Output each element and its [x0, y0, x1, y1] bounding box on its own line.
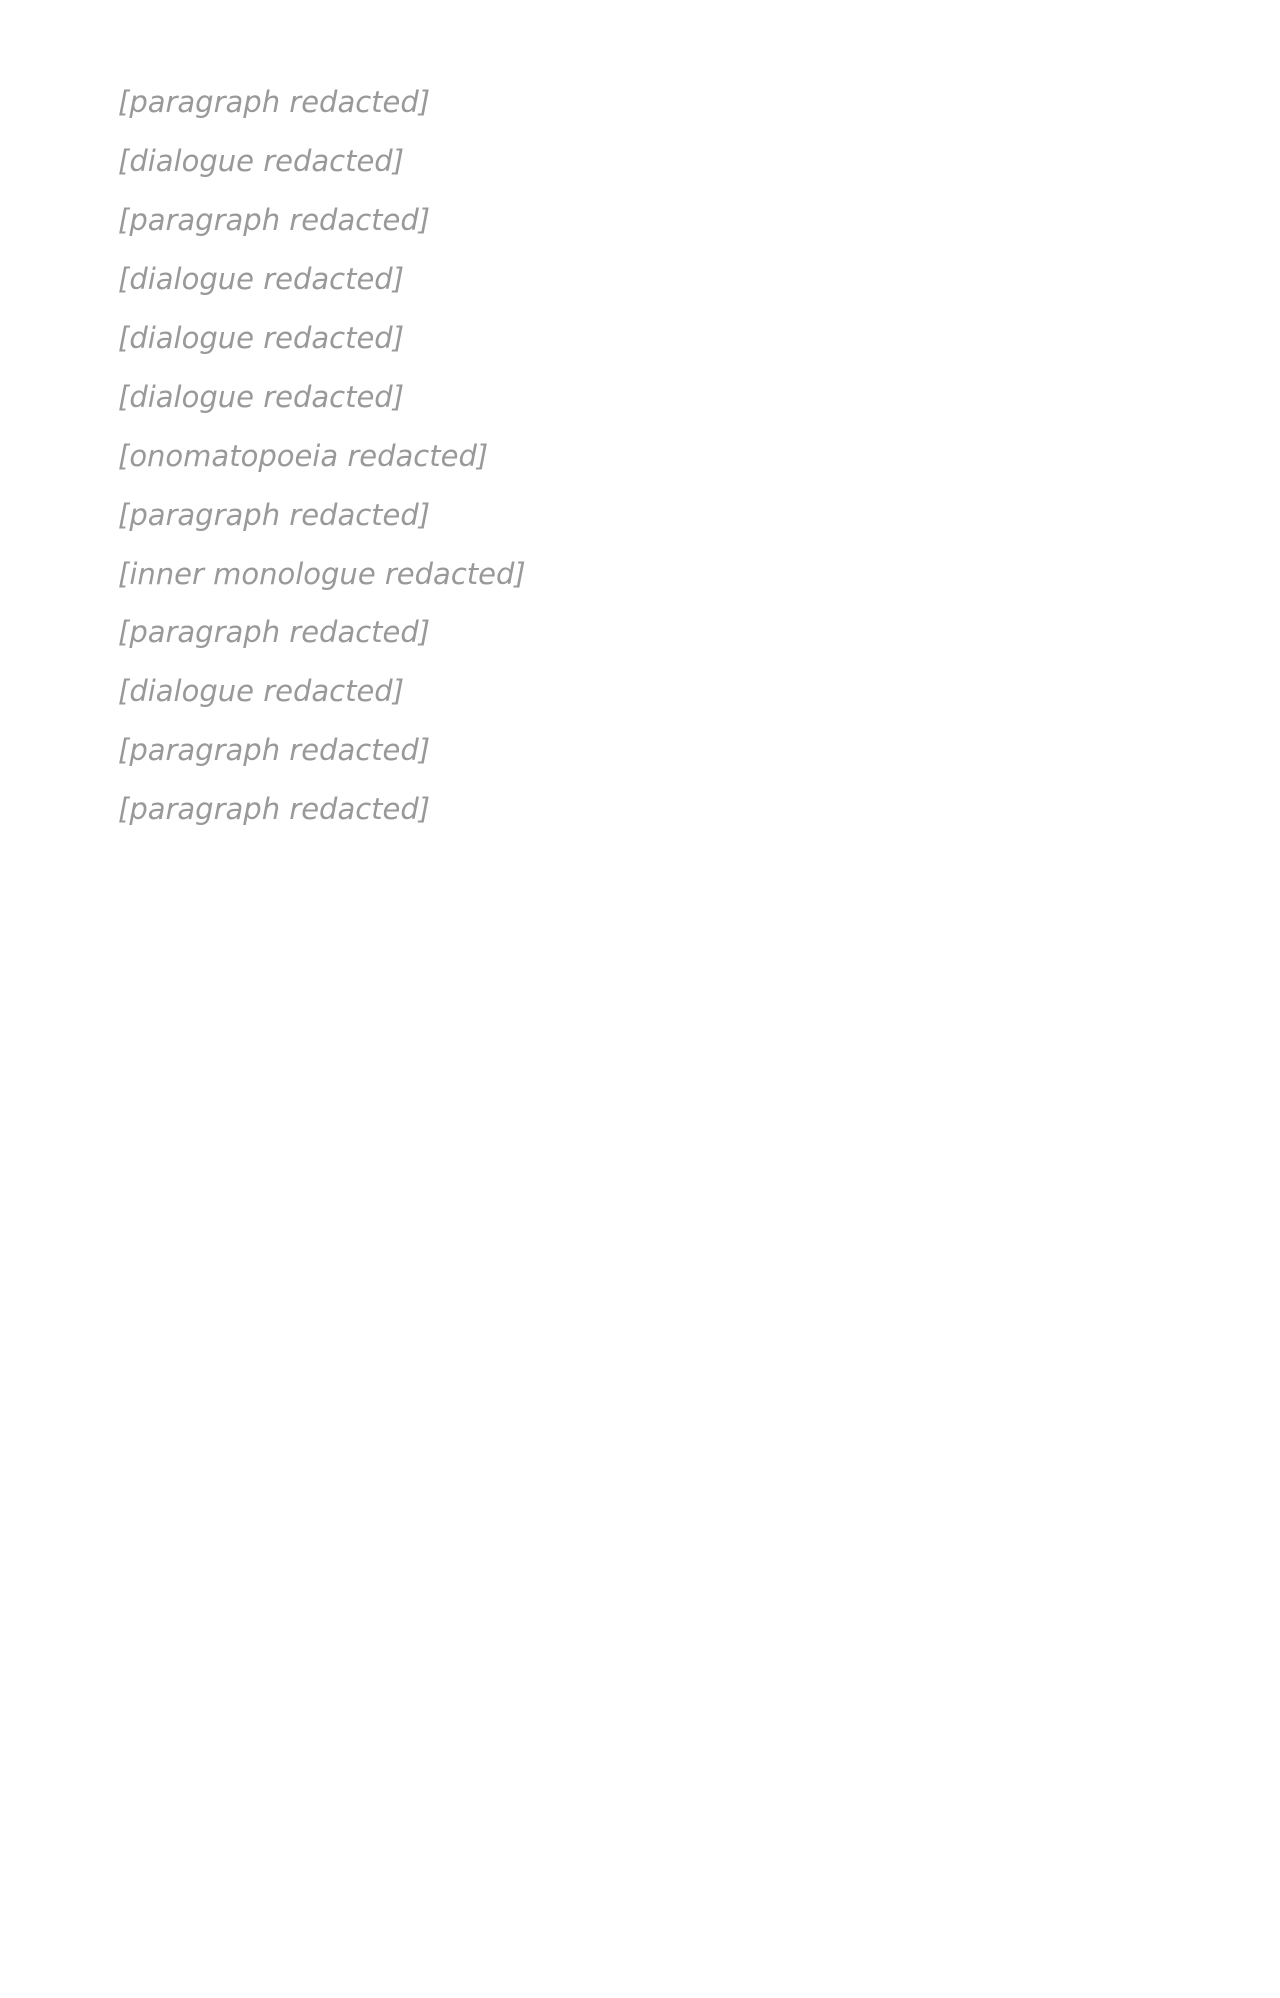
- paragraph-container: [paragraph redacted][dialogue redacted][…: [60, 80, 1220, 832]
- text-paragraph: [paragraph redacted]: [60, 493, 1220, 538]
- text-paragraph: [paragraph redacted]: [60, 610, 1220, 655]
- text-paragraph: [dialogue redacted]: [60, 669, 1220, 714]
- document-page: [paragraph redacted][dialogue redacted][…: [0, 0, 1280, 1998]
- text-paragraph: [inner monologue redacted]: [60, 552, 1220, 597]
- text-paragraph: [paragraph redacted]: [60, 80, 1220, 125]
- text-paragraph: [dialogue redacted]: [60, 139, 1220, 184]
- text-paragraph: [onomatopoeia redacted]: [60, 434, 1220, 479]
- text-paragraph: [dialogue redacted]: [60, 257, 1220, 302]
- text-paragraph: [paragraph redacted]: [60, 787, 1220, 832]
- text-paragraph: [dialogue redacted]: [60, 375, 1220, 420]
- text-paragraph: [paragraph redacted]: [60, 198, 1220, 243]
- text-paragraph: [dialogue redacted]: [60, 316, 1220, 361]
- text-paragraph: [paragraph redacted]: [60, 728, 1220, 773]
